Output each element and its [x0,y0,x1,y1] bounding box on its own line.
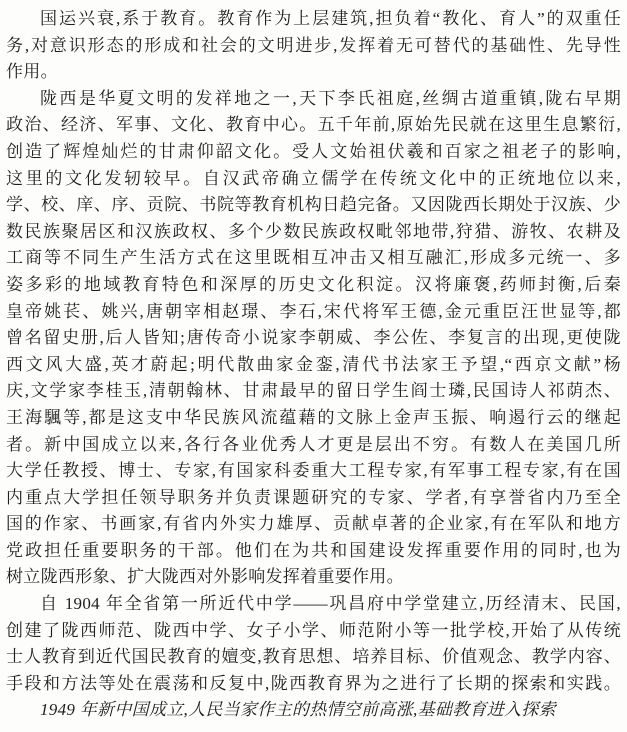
body-text: 国运兴衰,系于教育。教育作为上层建筑,担负着“教化、育人”的双重任务,对意识形态… [6,6,621,724]
text-line: 曾名留史册,后人皆知;唐传奇小说家李朝威、李公佐、李复言的出现,更使陇 [6,325,621,352]
text-line: 务,对意识形态的形成和社会的文明进步,发挥着无可替代的基础性、先导性 [6,33,621,60]
text-line: 数民族聚居区和汉族政权、多个少数民族政权毗邻地带,狩猎、游牧、农耕及 [6,219,621,246]
paragraph: 陇西是华夏文明的发祥地之一,天下李氏祖庭,丝绸古道重镇,陇右早期政治、经济、军事… [6,86,621,591]
text-line: 士人教育到近代国民教育的嬗变,教育思想、培养目标、价值观念、教学内容、 [6,644,621,671]
text-line: 手段和方法等处在震荡和反复中,陇西教育界为之进行了长期的探索和实践。 [6,671,621,698]
paragraph: 国运兴衰,系于教育。教育作为上层建筑,担负着“教化、育人”的双重任务,对意识形态… [6,6,621,86]
text-line: 皇帝姚苌、姚兴,唐朝宰相赵璟、李石,宋代将军王德,金元重臣汪世显等,都 [6,299,621,326]
text-line: 政治、经济、军事、文化、教育中心。五千年前,原始先民就在这里生息繁衍, [6,112,621,139]
text-line: 树立陇西形象、扩大陇西对外影响发挥着重要作用。 [6,564,621,591]
text-line: 1949 年新中国成立,人民当家作主的热情空前高涨,基础教育进入探索 [6,697,621,724]
text-line: 者。新中国成立以来,各行各业优秀人才更是层出不穷。有数人在美国几所 [6,432,621,459]
text-line: 大学任教授、博士、专家,有国家科委重大工程专家,有军事工程专家,有在国 [6,458,621,485]
paragraph: 自 1904 年全省第一所近代中学——巩昌府中学堂建立,历经清末、民国,创建了陇… [6,591,621,697]
document-page: 国运兴衰,系于教育。教育作为上层建筑,担负着“教化、育人”的双重任务,对意识形态… [0,0,627,732]
text-line: 庆,文学家李桂玉,清朝翰林、甘肃最早的留日学生阎士璘,民国诗人祁荫杰、 [6,378,621,405]
text-line: 工商等不同生产生活方式在这里既相互冲击又相互融汇,形成多元统一、多 [6,245,621,272]
text-line: 陇西是华夏文明的发祥地之一,天下李氏祖庭,丝绸古道重镇,陇右早期 [6,86,621,113]
text-line: 学、校、庠、序、贡院、书院等教育机构日趋完备。又因陇西长期处于汉族、少 [6,192,621,219]
text-line: 自 1904 年全省第一所近代中学——巩昌府中学堂建立,历经清末、民国, [6,591,621,618]
text-line: 创造了辉煌灿烂的甘肃仰韶文化。受人文始祖伏羲和百家之祖老子的影响, [6,139,621,166]
text-line: 作用。 [6,59,621,86]
text-line: 内重点大学担任领导职务并负责课题研究的专家、学者,有享誉省内乃至全 [6,485,621,512]
text-line: 创建了陇西师范、陇西中学、女子小学、师范附小等一批学校,开始了从传统 [6,618,621,645]
text-line: 党政担任重要职务的干部。他们在为共和国建设发挥重要作用的同时,也为 [6,538,621,565]
text-line: 这里的文化发轫较早。自汉武帝确立儒学在传统文化中的正统地位以来, [6,166,621,193]
text-line: 国运兴衰,系于教育。教育作为上层建筑,担负着“教化、育人”的双重任 [6,6,621,33]
text-line: 姿多彩的地域教育特色和深厚的历史文化积淀。汉将廉褒,药师封衡,后秦 [6,272,621,299]
text-line: 国的作家、书画家,有省内外实力雄厚、贡献卓著的企业家,有在军队和地方 [6,511,621,538]
text-line: 西文风大盛,英才蔚起;明代散曲家金銮,清代书法家王予望,“西京文献”杨 [6,352,621,379]
paragraph: 1949 年新中国成立,人民当家作主的热情空前高涨,基础教育进入探索 [6,697,621,724]
text-line: 王海颿等,都是这支中华民族风流蕴藉的文脉上金声玉振、响遏行云的继起 [6,405,621,432]
